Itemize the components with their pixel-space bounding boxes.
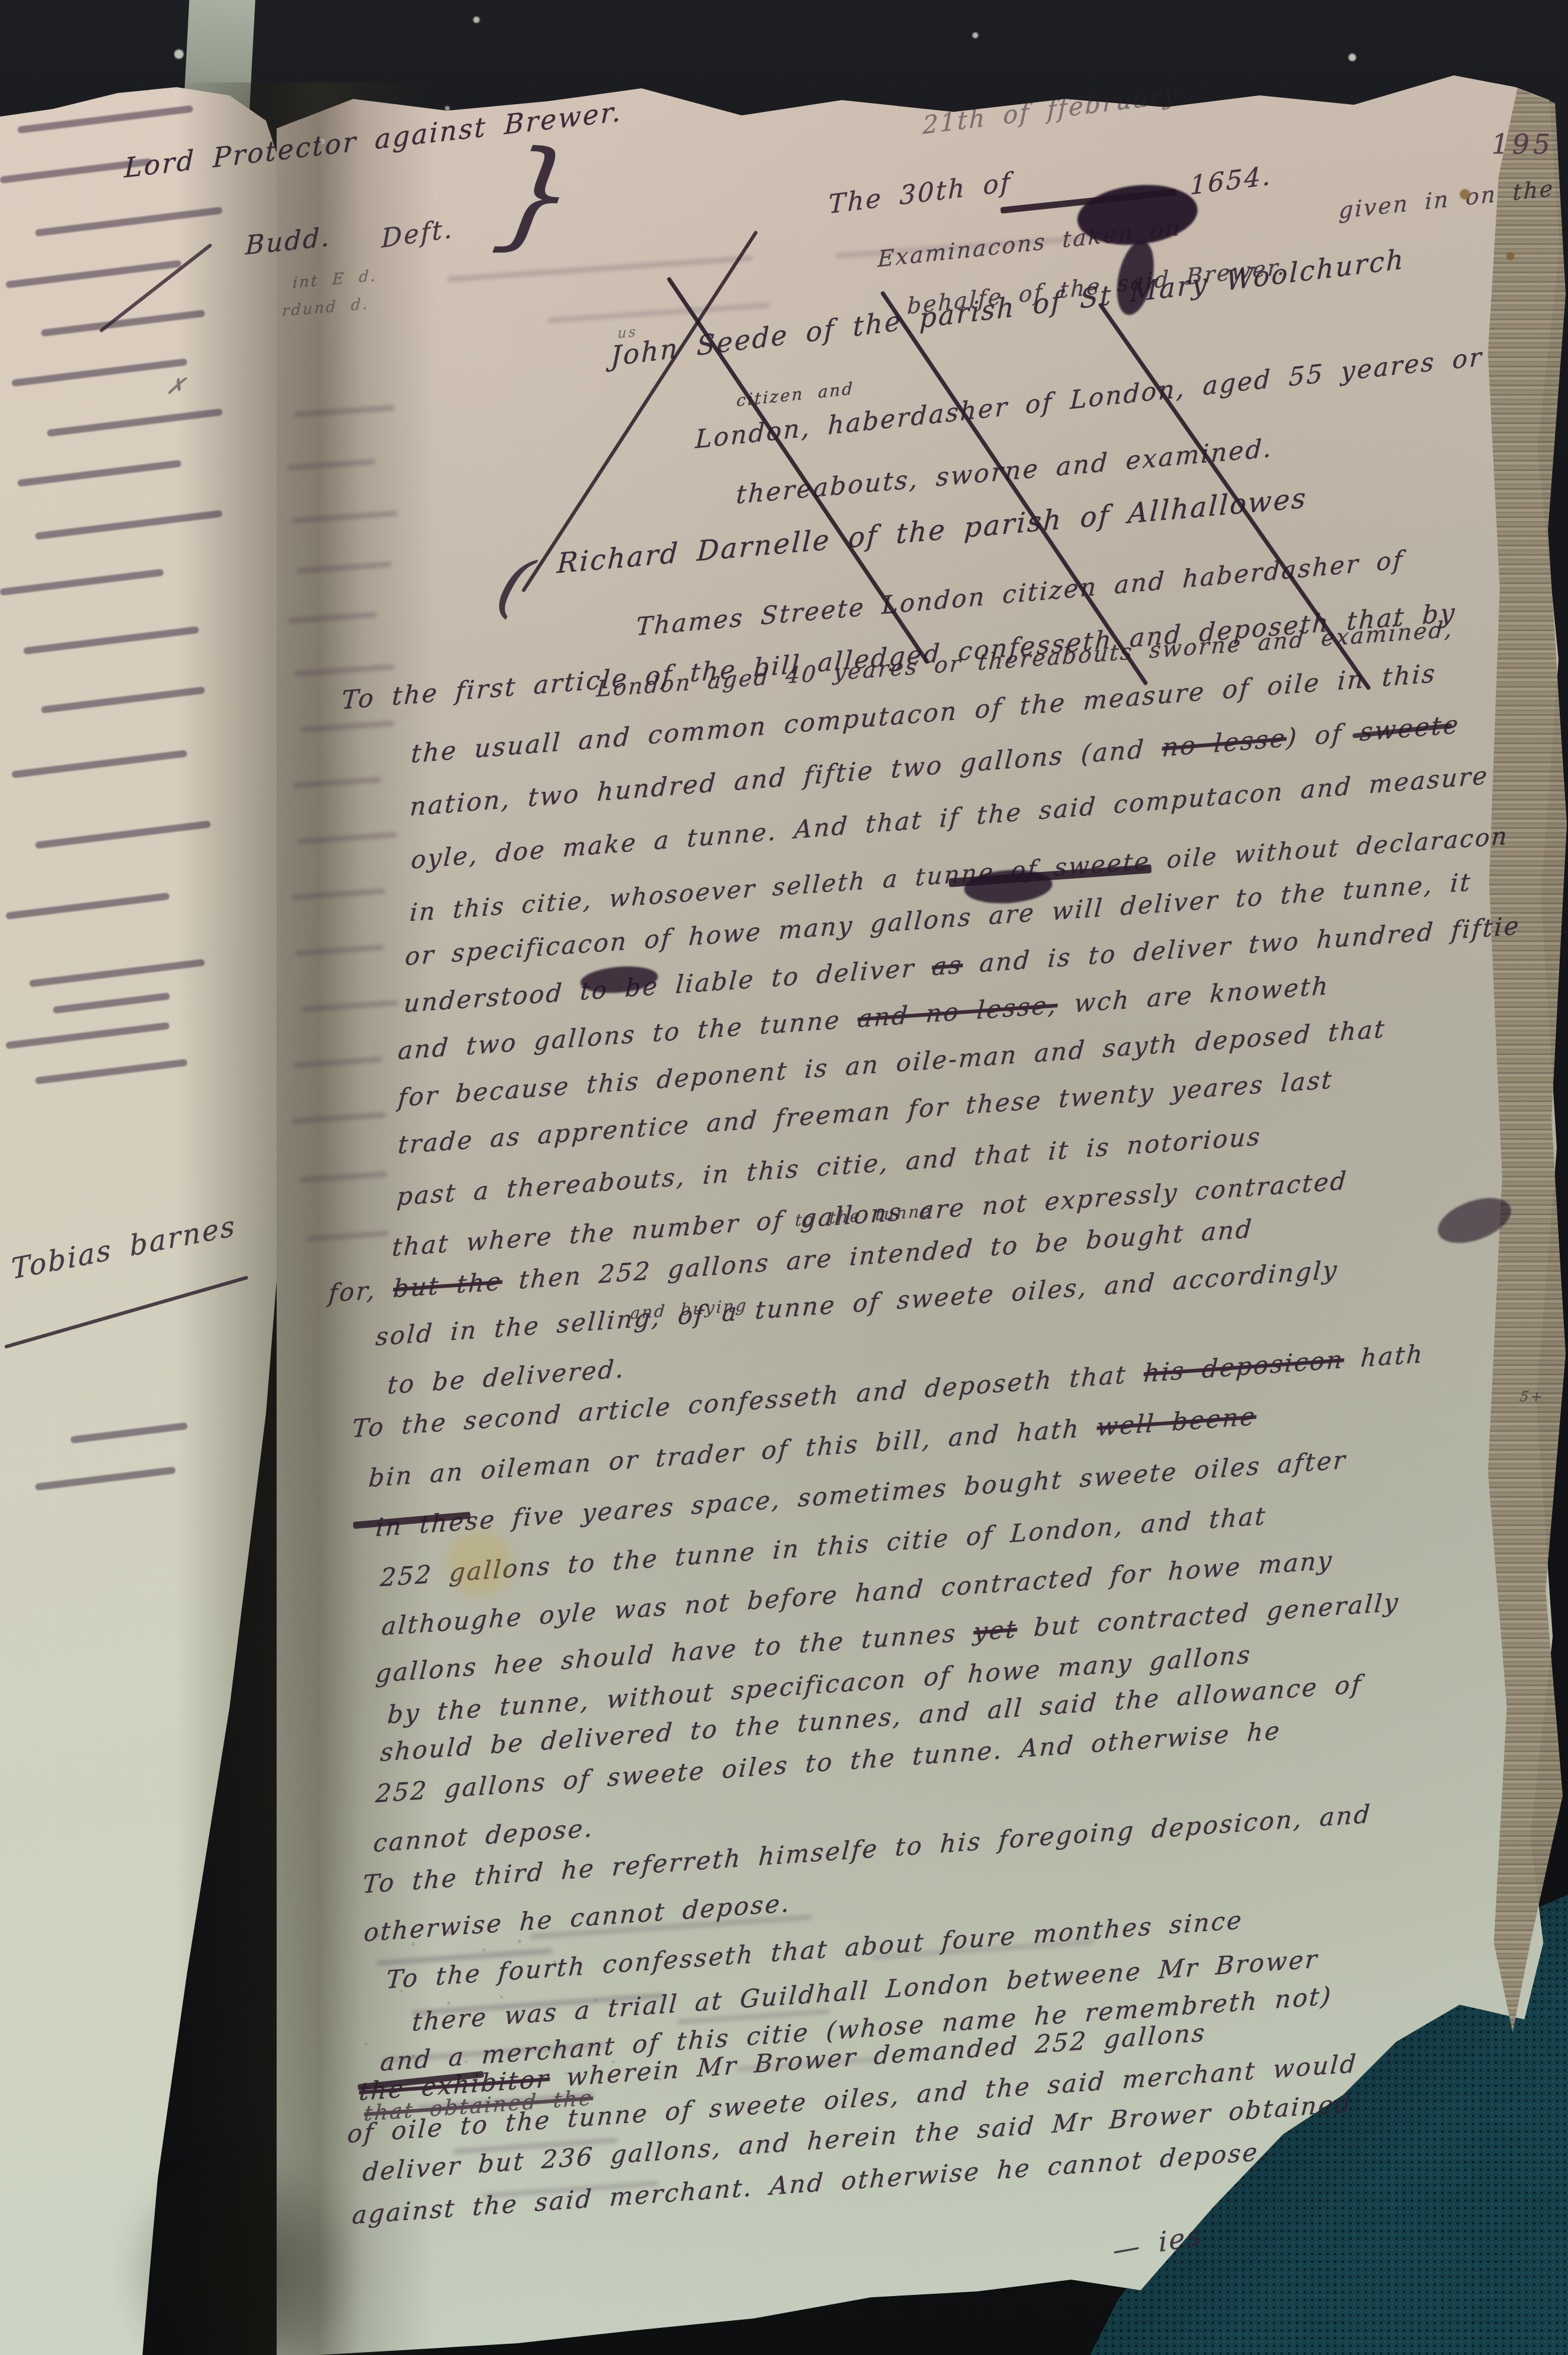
- paper-speck: [1506, 252, 1514, 260]
- paper-speck: [972, 32, 978, 38]
- paper-speck: [412, 2055, 415, 2058]
- paper-speck: [174, 49, 184, 59]
- paper-speck: [594, 1999, 597, 2001]
- paper-speck: [412, 1943, 414, 1945]
- paper-speck: [500, 1996, 503, 1998]
- paper-speck: [553, 1961, 556, 1963]
- manuscript-photo: 195 Lord Protector against Brewer.}Budd.…: [0, 0, 1568, 2355]
- paper-speck: [320, 139, 325, 144]
- paper-speck: [365, 2043, 367, 2045]
- paper-speck: [377, 1934, 380, 1937]
- paper-speck: [400, 1990, 403, 1992]
- paper-speck: [612, 2061, 614, 2063]
- paper-speck: [518, 2049, 521, 2052]
- paper-speck: [565, 2072, 567, 2075]
- paper-speck: [547, 2008, 550, 2011]
- paper-speck: [465, 2061, 467, 2063]
- paper-speck: [1460, 189, 1470, 200]
- specks-layer: [0, 0, 1568, 2355]
- paper-speck: [445, 106, 450, 111]
- paper-speck: [473, 16, 480, 23]
- paper-speck: [483, 1949, 485, 1951]
- paper-speck: [1348, 54, 1356, 61]
- paper-speck: [518, 1940, 521, 1943]
- paper-speck: [447, 1931, 450, 1934]
- paper-speck: [447, 2002, 450, 2005]
- paper-speck: [447, 1531, 512, 1596]
- paper-speck: [659, 2078, 662, 2081]
